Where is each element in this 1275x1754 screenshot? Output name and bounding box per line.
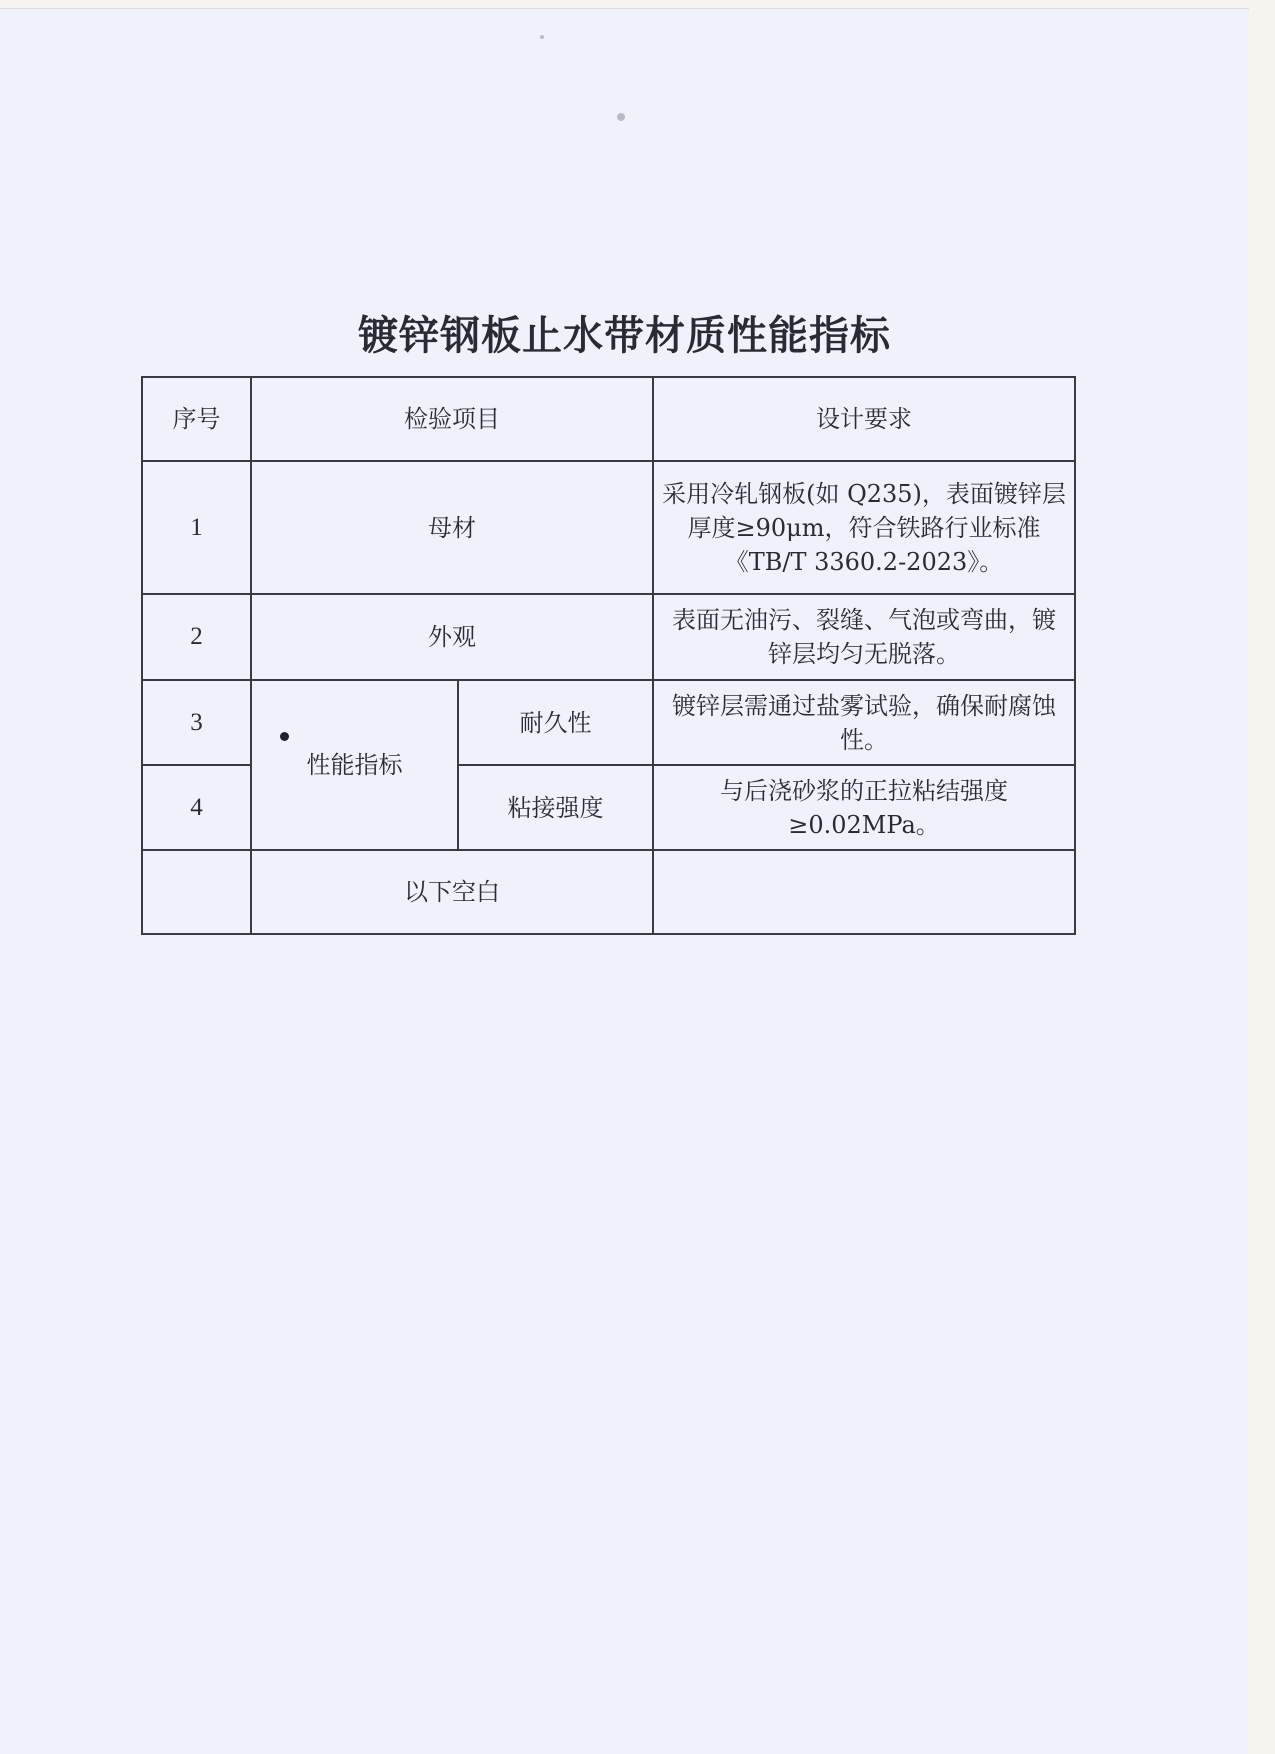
row-index: 1 bbox=[142, 461, 251, 594]
row-index: 4 bbox=[142, 765, 251, 850]
row-index bbox=[142, 850, 251, 934]
row-requirement: 与后浇砂浆的正拉粘结强度≥0.02MPa。 bbox=[653, 765, 1075, 850]
spec-table: 序号 检验项目 设计要求 1 母材 采用冷轧钢板(如 Q235)，表面镀锌层厚度… bbox=[141, 376, 1076, 935]
row-requirement: 镀锌层需通过盐雾试验，确保耐腐蚀性。 bbox=[653, 680, 1075, 765]
row-item: 耐久性 bbox=[458, 680, 653, 765]
header-item: 检验项目 bbox=[251, 377, 653, 461]
scan-speck bbox=[540, 35, 544, 39]
row-index: 3 bbox=[142, 680, 251, 765]
header-index: 序号 bbox=[142, 377, 251, 461]
row-item: 以下空白 bbox=[251, 850, 653, 934]
row-item: 外观 bbox=[251, 594, 653, 680]
table-header-row: 序号 检验项目 设计要求 bbox=[142, 377, 1075, 461]
table-row: 以下空白 bbox=[142, 850, 1075, 934]
header-requirement: 设计要求 bbox=[653, 377, 1075, 461]
row-requirement bbox=[653, 850, 1075, 934]
row-item: 粘接强度 bbox=[458, 765, 653, 850]
scan-speck bbox=[617, 113, 625, 121]
row-requirement: 采用冷轧钢板(如 Q235)，表面镀锌层厚度≥90μm，符合铁路行业标准《TB/… bbox=[653, 461, 1075, 594]
document-title: 镀锌钢板止水带材质性能指标 bbox=[0, 304, 1249, 361]
ink-speck bbox=[280, 732, 289, 741]
table-row: 2 外观 表面无油污、裂缝、气泡或弯曲，镀锌层均匀无脱落。 bbox=[142, 594, 1075, 680]
table-row: 3 性能指标 耐久性 镀锌层需通过盐雾试验，确保耐腐蚀性。 bbox=[142, 680, 1075, 765]
row-item: 母材 bbox=[251, 461, 653, 594]
table-row: 1 母材 采用冷轧钢板(如 Q235)，表面镀锌层厚度≥90μm，符合铁路行业标… bbox=[142, 461, 1075, 594]
row-index: 2 bbox=[142, 594, 251, 680]
row-requirement: 表面无油污、裂缝、气泡或弯曲，镀锌层均匀无脱落。 bbox=[653, 594, 1075, 680]
row-group: 性能指标 bbox=[251, 680, 458, 850]
scan-edge bbox=[1249, 0, 1275, 1754]
